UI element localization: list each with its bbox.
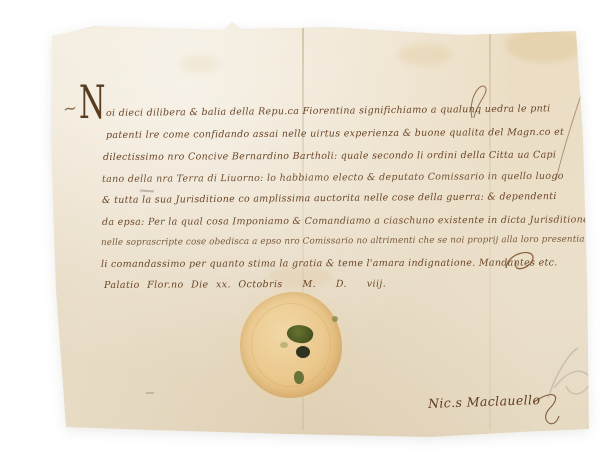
manuscript-line: dilectissimo nro Concive Bernardino Bart… xyxy=(103,150,556,163)
illuminated-initial-N: N xyxy=(79,80,105,125)
parchment-document: ~ N oi dieci dilibera & balia della Repu… xyxy=(0,0,616,463)
pencil-mark xyxy=(538,342,600,408)
manuscript-line: nelle soprascripte cose obedisca a epso … xyxy=(101,235,585,248)
seal-wax-fragment xyxy=(280,342,288,348)
corner-fold-edge xyxy=(46,23,100,35)
manuscript-line: li comandassimo per quanto stima la grat… xyxy=(101,257,558,270)
manuscript-dateline: Palatio Flor.no Die xx. Octobris M. D. v… xyxy=(104,279,386,291)
wax-seal xyxy=(240,292,342,398)
machiavelli-signature: Nic.s Maclauello xyxy=(428,392,541,411)
parchment-wrapper: ~ N oi dieci dilibera & balia della Repu… xyxy=(0,0,616,463)
seal-wax-fragment xyxy=(332,316,338,322)
manuscript-line: da epsa: Per la qual cosa Imponiamo & Co… xyxy=(102,214,610,228)
manuscript-line: oi dieci dilibera & balia della Repu.ca … xyxy=(106,103,551,119)
seal-wax-fragment xyxy=(296,346,310,358)
manuscript-line: tano della nra Terra di Liuorno: lo habb… xyxy=(102,171,564,185)
paper-stain xyxy=(180,55,220,73)
photo-background: ~ N oi dieci dilibera & balia della Repu… xyxy=(0,0,616,463)
paper-stain xyxy=(506,28,584,62)
opening-tilde-mark: ~ xyxy=(62,98,79,120)
faint-margin-mark xyxy=(146,392,154,394)
seal-impression-ring xyxy=(251,303,331,387)
vertical-fold-crease xyxy=(489,30,491,430)
manuscript-line: patenti lre come confidando assai nelle … xyxy=(106,127,564,141)
faint-margin-mark xyxy=(140,190,154,192)
paper-stain xyxy=(398,44,452,66)
manuscript-line: & tutta la sua Jurisditione co amplissim… xyxy=(102,191,557,206)
seal-wax-fragment xyxy=(294,371,304,384)
